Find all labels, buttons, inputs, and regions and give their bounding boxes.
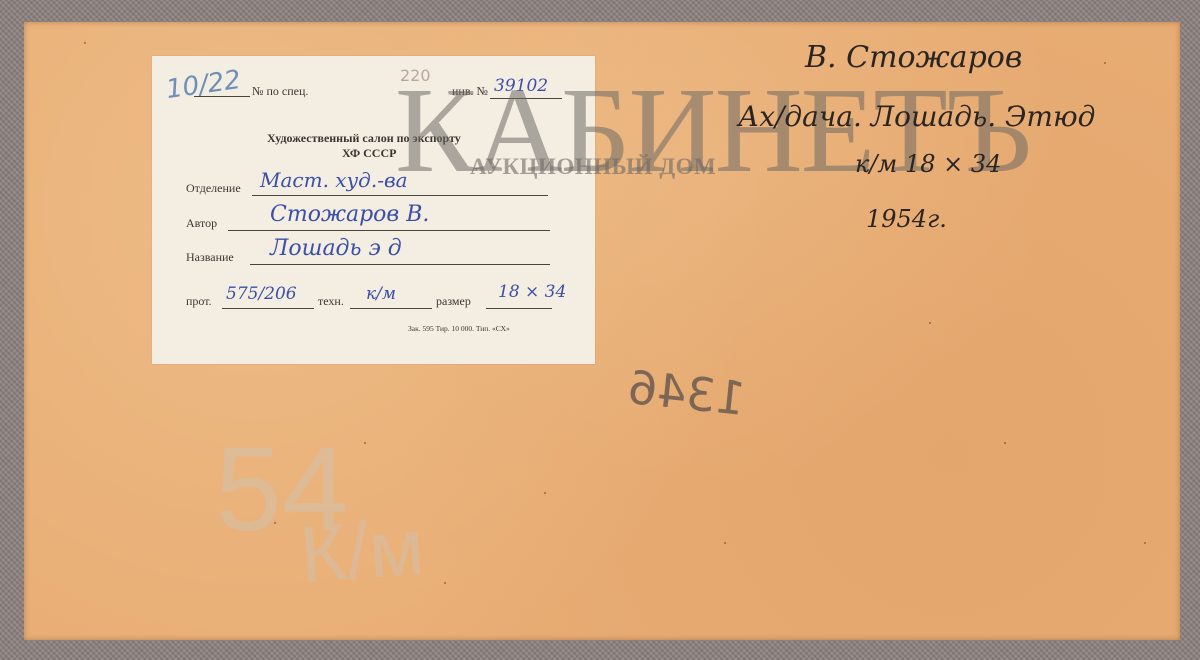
speck bbox=[724, 542, 726, 544]
title-line bbox=[250, 264, 550, 265]
author-value: Стожаров В. bbox=[270, 202, 429, 227]
size-line bbox=[486, 308, 552, 309]
speck bbox=[544, 492, 546, 494]
author-line bbox=[228, 230, 550, 231]
speck bbox=[444, 582, 446, 584]
printer-footer: Зак. 595 Тир. 10 000. Тип. «СХ» bbox=[408, 324, 510, 333]
speck bbox=[84, 42, 86, 44]
chalk-mark-technique: К/м bbox=[297, 501, 427, 601]
inscription-medium-size: к/м 18 × 34 bbox=[855, 150, 1001, 178]
department-label: Отделение bbox=[186, 181, 241, 196]
prot-line bbox=[222, 308, 314, 309]
size-label: размер bbox=[436, 294, 471, 309]
prot-value: 575/206 bbox=[226, 284, 297, 304]
title-value: Лошадь э д bbox=[270, 236, 402, 261]
speck bbox=[929, 322, 931, 324]
speck bbox=[1004, 442, 1006, 444]
author-label: Автор bbox=[186, 216, 217, 231]
stamp-number: 10/22 bbox=[164, 65, 242, 105]
org-line2: ХФ СССР bbox=[342, 146, 396, 161]
speck bbox=[364, 442, 366, 444]
inscription-title: Ах/дача. Лошадь. Этюд bbox=[738, 100, 1095, 133]
inscription-year: 1954г. bbox=[866, 205, 947, 233]
tech-label: техн. bbox=[318, 294, 344, 309]
spec-line bbox=[194, 96, 250, 97]
auction-watermark-subtitle: АУКЦИОННЫЙ ДОМ bbox=[470, 154, 716, 180]
spec-label: № по спец. bbox=[252, 84, 308, 99]
speck bbox=[1104, 62, 1106, 64]
tech-line bbox=[350, 308, 432, 309]
speck bbox=[1144, 542, 1146, 544]
department-value: Маcm. худ.-ва bbox=[260, 168, 408, 192]
size-value: 18 × 34 bbox=[498, 282, 566, 302]
tech-value: к/м bbox=[366, 284, 396, 304]
title-label: Название bbox=[186, 250, 234, 265]
inscription-artist: В. Стожаров bbox=[805, 40, 1022, 75]
prot-label: прот. bbox=[186, 294, 212, 309]
